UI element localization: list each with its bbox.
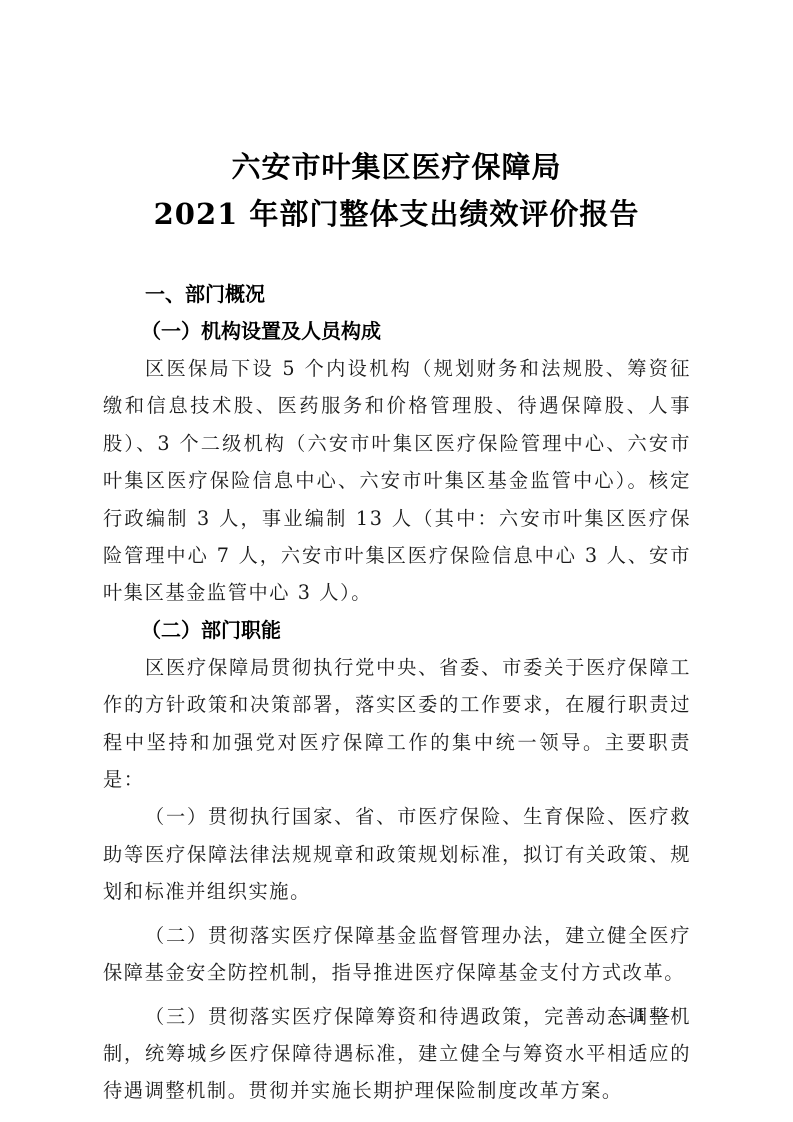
subsection-heading-functions: （二）部门职能 (103, 612, 691, 649)
document-title-line-2: 2021 年部门整体支出绩效评价报告 (0, 192, 793, 233)
function-item-2: （二）贯彻落实医疗保障基金监督管理办法，建立健全医疗保障基金安全防控机制，指导推… (103, 917, 691, 992)
function-item-1: （一）贯彻执行国家、省、市医疗保险、生育保险、医疗救助等医疗保障法律法规规章和政… (103, 798, 691, 910)
document-body: 一、部门概况 （一）机构设置及人员构成 区医保局下设 5 个内设机构（规划财务和… (103, 276, 691, 1110)
page-number: — 1 — (612, 1005, 669, 1027)
section-heading-overview: 一、部门概况 (103, 276, 691, 313)
subsection-heading-organization: （一）机构设置及人员构成 (103, 313, 691, 350)
document-title-line-1: 六安市叶集区医疗保障局 (0, 145, 793, 186)
organization-paragraph: 区医保局下设 5 个内设机构（规划财务和法规股、筹资征缴和信息技术股、医药服务和… (103, 350, 691, 612)
document-page: 六安市叶集区医疗保障局 2021 年部门整体支出绩效评价报告 一、部门概况 （一… (0, 0, 793, 1122)
function-item-3: （三）贯彻落实医疗保障筹资和待遇政策，完善动态调整机制，统筹城乡医疗保障待遇标准… (103, 998, 691, 1110)
functions-intro-paragraph: 区医疗保障局贯彻执行党中央、省委、市委关于医疗保障工作的方针政策和决策部署，落实… (103, 649, 691, 799)
